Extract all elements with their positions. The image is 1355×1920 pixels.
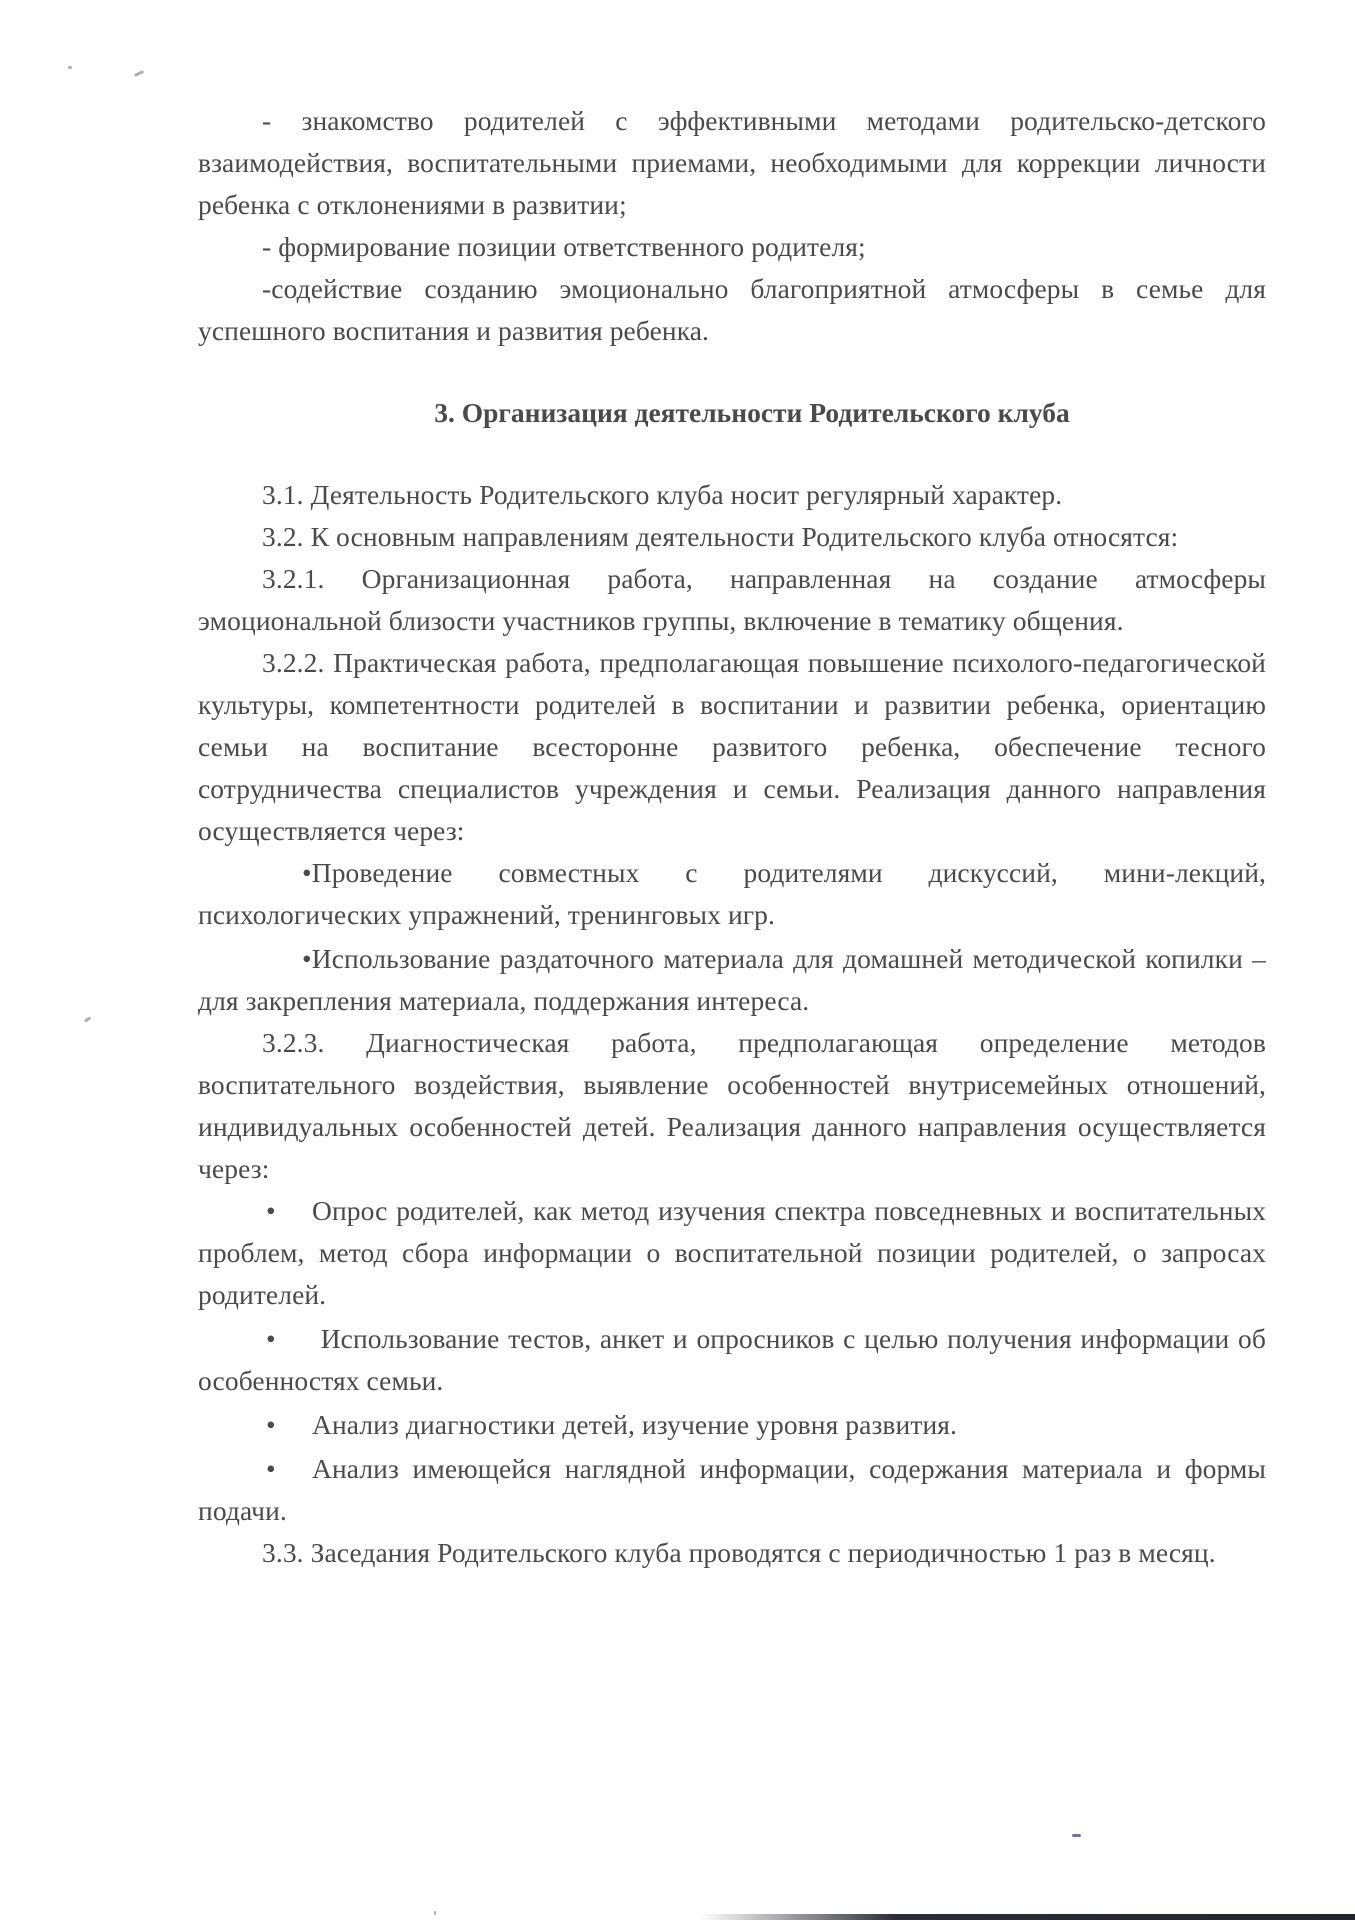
list-item: •Анализ диагностики детей, изучение уров… bbox=[198, 1404, 1266, 1446]
scan-speck bbox=[434, 1911, 436, 1915]
scan-speck bbox=[1072, 1834, 1081, 1837]
intro-item-3: -содействие созданию эмоционально благоп… bbox=[198, 268, 1266, 352]
list-item-text: Опрос родителей, как метод изучения спек… bbox=[198, 1195, 1266, 1310]
section-heading: 3. Организация деятельности Родительског… bbox=[198, 392, 1266, 434]
scan-edge-shadow bbox=[700, 1914, 1355, 1920]
scan-speck bbox=[84, 1016, 91, 1022]
clause-3-2: 3.2. К основным направлениям деятельност… bbox=[198, 516, 1266, 558]
list-item: •Проведение совместных с родителями диск… bbox=[198, 852, 1266, 936]
list-item: • Использование тестов, анкет и опросник… bbox=[198, 1318, 1266, 1402]
bullet-icon: • bbox=[266, 1448, 312, 1490]
spacer bbox=[198, 352, 1266, 392]
clause-3-2-1: 3.2.1. Организационная работа, направлен… bbox=[198, 558, 1266, 642]
list-item: •Анализ имеющейся наглядной информации, … bbox=[198, 1448, 1266, 1532]
clause-3-2-3: 3.2.3. Диагностическая работа, предполаг… bbox=[198, 1022, 1266, 1190]
list-item-text: Использование тестов, анкет и опросников… bbox=[198, 1323, 1266, 1396]
intro-item-2: - формирование позиции ответственного ро… bbox=[198, 226, 1266, 268]
bullet-icon: • bbox=[302, 852, 312, 894]
bullet-icon: • bbox=[266, 1318, 312, 1360]
bullet-icon: • bbox=[266, 1404, 312, 1446]
list-item-text: Проведение совместных с родителями диску… bbox=[198, 857, 1266, 930]
document-page: - знакомство родителей с эффективными ме… bbox=[198, 100, 1266, 1574]
spacer bbox=[198, 434, 1266, 474]
clause-3-3: 3.3. Заседания Родительского клуба прово… bbox=[198, 1532, 1266, 1574]
clause-3-2-2: 3.2.2. Практическая работа, предполагающ… bbox=[198, 642, 1266, 852]
clause-3-1: 3.1. Деятельность Родительского клуба но… bbox=[198, 474, 1266, 516]
bullet-icon: • bbox=[302, 938, 312, 980]
scan-speck bbox=[68, 66, 72, 69]
intro-item-1: - знакомство родителей с эффективными ме… bbox=[198, 100, 1266, 226]
scan-speck bbox=[134, 70, 144, 77]
list-item-text: Анализ имеющейся наглядной информации, с… bbox=[198, 1453, 1266, 1526]
list-item-text: Анализ диагностики детей, изучение уровн… bbox=[312, 1409, 957, 1440]
list-item-text: Использование раздаточного материала для… bbox=[198, 943, 1266, 1016]
list-item: •Опрос родителей, как метод изучения спе… bbox=[198, 1190, 1266, 1316]
list-item: •Использование раздаточного материала дл… bbox=[198, 938, 1266, 1022]
bullet-icon: • bbox=[266, 1190, 312, 1232]
